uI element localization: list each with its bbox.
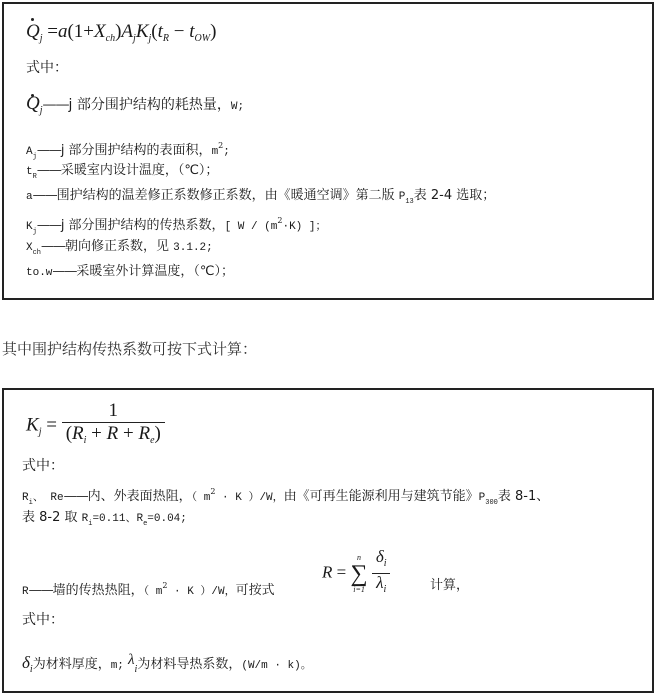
summation: n ∑ i=1 [350, 554, 367, 594]
q-dot-symbol: Q [26, 20, 40, 44]
heat-loss-formula: Qj =a(1+Xch)AjKj(tR − tOW) [26, 20, 216, 51]
definition-q: Qj——j 部分围护结构的耗热量，W; [26, 96, 244, 119]
definition-k-j: Kj——j 部分围护结构的传热系数，[ W / (m2·K) ]； [26, 213, 326, 240]
heat-transfer-coefficient-formula: Kj = 1 (Ri + R + Re) [26, 400, 165, 452]
where-label: 式中： [26, 60, 68, 76]
definition-t-ow: to.w——采暖室外计算温度，（℃）； [26, 264, 234, 281]
where-label: 式中： [22, 458, 64, 474]
calculate-label: 计算， [430, 578, 469, 594]
fraction: δi λi [372, 548, 391, 599]
definition-x-ch: Xch——朝向修正系数，见 3.1.2; [26, 239, 213, 261]
definition-a: a——围护结构的温差修正系数修正系数，由《暖通空调》第二版 P13表 2-4 选… [26, 188, 495, 210]
intro-paragraph: 其中围护结构传热系数可按下式计算： [2, 338, 257, 359]
definition-t-r: tR——采暖室内设计温度，（℃）； [26, 163, 218, 185]
fraction: 1 (Ri + R + Re) [62, 400, 165, 452]
q-dot-symbol: Q [26, 96, 40, 112]
where-label: 式中： [22, 612, 64, 628]
definition-r: R——墙的传热热阻，（ m2 · K ）/W，可按式 [22, 578, 275, 600]
definition-a-j: Aj——j 部分围护结构的表面积，m2; [26, 138, 230, 165]
wall-resistance-sum-formula: R = n ∑ i=1 δi λi [322, 548, 391, 599]
definition-delta-lambda: δi为材料厚度，m; λi为材料导热系数，(W/m · k)。 [22, 652, 312, 678]
definition-r-i-r-e: Ri、 Re——内、外表面热阻，（ m2 · K ）/W，由《可再生能源利用与建… [22, 484, 549, 511]
resistance-values: 表 8-2 取 Ri=0.11、Re=0.04; [22, 510, 187, 532]
